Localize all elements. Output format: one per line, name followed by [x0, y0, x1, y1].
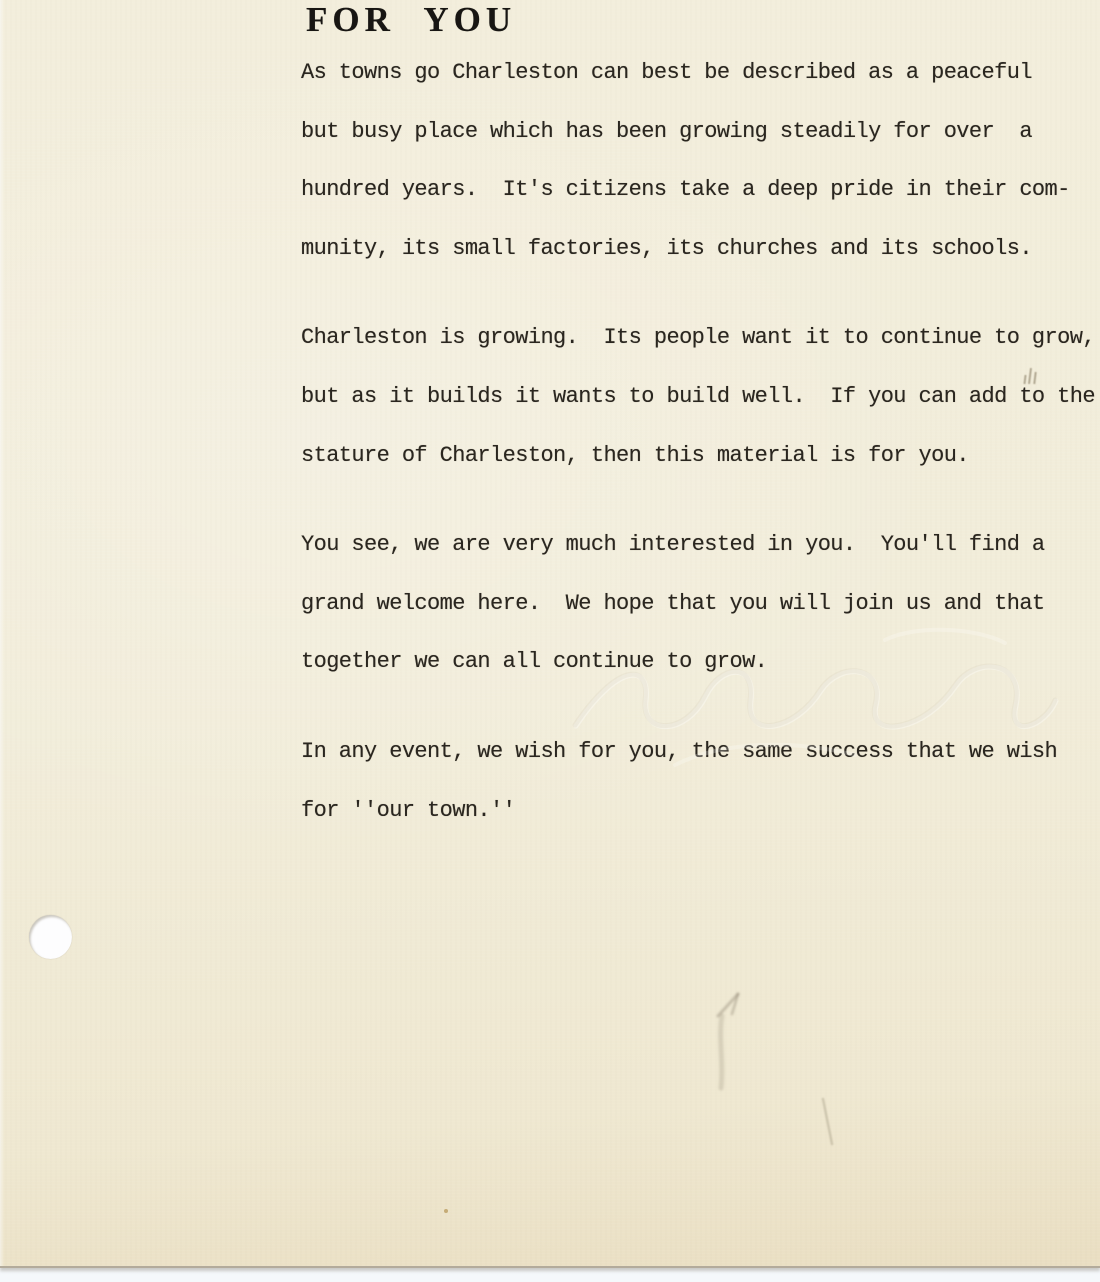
document-body: As towns go Charleston can best be descr… — [301, 44, 1095, 840]
text-line: Charleston is growing. Its people want i… — [301, 309, 1095, 368]
text-line: munity, its small factories, its churche… — [301, 220, 1095, 279]
scanned-page-container: FOR YOU As towns go Charleston can best … — [0, 0, 1100, 1282]
pencil-tally-mark — [1024, 366, 1046, 390]
pencil-smudge-arrow — [698, 986, 750, 1103]
text-line: together we can all continue to grow. — [301, 633, 1095, 692]
text-line: In any event, we wish for you, the same … — [301, 723, 1095, 782]
text-line: for ''our town.'' — [301, 782, 1095, 841]
text-line: grand welcome here. We hope that you wil… — [301, 575, 1095, 634]
paragraph: You see, we are very much interested in … — [301, 516, 1095, 692]
document-title: FOR YOU — [306, 0, 516, 40]
punch-hole — [29, 915, 72, 959]
paragraph: In any event, we wish for you, the same … — [301, 723, 1095, 840]
paper-page: FOR YOU As towns go Charleston can best … — [0, 0, 1100, 1268]
paragraph: Charleston is growing. Its people want i… — [301, 309, 1095, 485]
text-line: You see, we are very much interested in … — [301, 516, 1095, 575]
text-line: stature of Charleston, then this materia… — [301, 427, 1095, 486]
paragraph: As towns go Charleston can best be descr… — [301, 44, 1095, 278]
paper-speck — [444, 1209, 448, 1213]
text-line: hundred years. It's citizens take a deep… — [301, 161, 1095, 220]
pencil-smudge-line — [816, 1096, 838, 1153]
text-line: As towns go Charleston can best be descr… — [301, 44, 1095, 103]
text-line: but as it builds it wants to build well.… — [301, 368, 1095, 427]
text-line: but busy place which has been growing st… — [301, 103, 1095, 162]
